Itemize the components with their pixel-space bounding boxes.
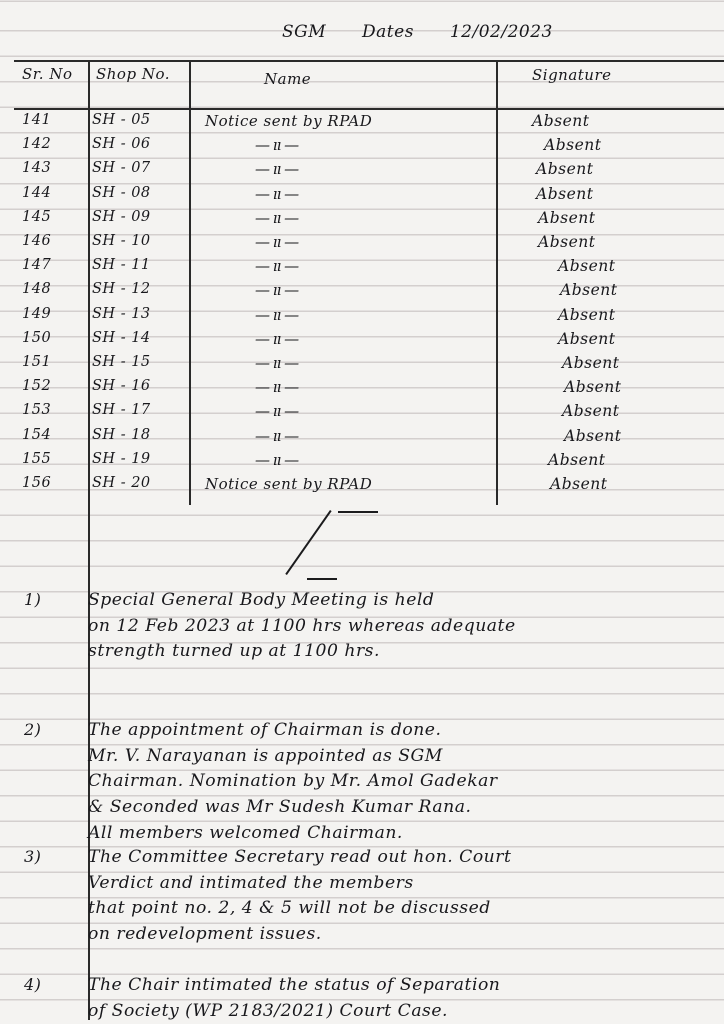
table-row: 149SH - 13— ıı —Absent bbox=[0, 306, 724, 329]
sr-no-cell: 147 bbox=[22, 257, 51, 273]
shop-no-cell: SH - 08 bbox=[92, 185, 151, 201]
shop-no-cell: SH - 14 bbox=[92, 330, 151, 346]
signature-cell: Absent bbox=[564, 427, 621, 445]
header-date: 12/02/2023 bbox=[450, 22, 553, 42]
header-title: SGM bbox=[282, 22, 326, 42]
table-row: 145SH - 09— ıı —Absent bbox=[0, 209, 724, 232]
item-line: Chairman. Nomination by Mr. Amol Gadekar bbox=[88, 769, 718, 795]
signature-cell: Absent bbox=[538, 209, 595, 227]
signature-cell: Absent bbox=[562, 354, 619, 372]
item-line: of Society (WP 2183/2021) Court Case. bbox=[88, 999, 718, 1024]
item-line: that point no. 2, 4 & 5 will not be disc… bbox=[88, 896, 718, 922]
signature-cell: Absent bbox=[558, 330, 615, 348]
column-header-name: Name bbox=[264, 70, 311, 88]
strike-mark bbox=[338, 511, 378, 513]
item-line: Special General Body Meeting is held bbox=[88, 588, 718, 614]
signature-cell: Absent bbox=[532, 112, 589, 130]
item-number: 3) bbox=[24, 847, 41, 866]
ditto-mark: — ıı — bbox=[255, 136, 298, 154]
shop-no-cell: SH - 15 bbox=[92, 354, 151, 370]
sr-no-cell: 154 bbox=[22, 427, 51, 443]
table-row: 148SH - 12— ıı —Absent bbox=[0, 281, 724, 304]
table-row: 151SH - 15— ıı —Absent bbox=[0, 354, 724, 377]
shop-no-cell: SH - 06 bbox=[92, 136, 151, 152]
item-number: 2) bbox=[24, 720, 41, 739]
shop-no-cell: SH - 17 bbox=[92, 402, 151, 418]
item-line: The Committee Secretary read out hon. Co… bbox=[88, 845, 718, 871]
sr-no-cell: 144 bbox=[22, 185, 51, 201]
sr-no-cell: 141 bbox=[22, 112, 51, 128]
ditto-mark: — ıı — bbox=[255, 306, 298, 324]
table-row: 156SH - 20Notice sent by RPADAbsent bbox=[0, 475, 724, 498]
ditto-mark: — ıı — bbox=[255, 378, 298, 396]
table-row: 141SH - 05Notice sent by RPADAbsent bbox=[0, 112, 724, 135]
ditto-mark: — ıı — bbox=[255, 257, 298, 275]
shop-no-cell: SH - 05 bbox=[92, 112, 151, 128]
signature-cell: Absent bbox=[548, 451, 605, 469]
sr-no-cell: 155 bbox=[22, 451, 51, 467]
ditto-mark: — ıı — bbox=[255, 330, 298, 348]
table-row: 152SH - 16— ıı —Absent bbox=[0, 378, 724, 401]
sr-no-cell: 145 bbox=[22, 209, 51, 225]
item-line: strength turned up at 1100 hrs. bbox=[88, 639, 718, 665]
sr-no-cell: 146 bbox=[22, 233, 51, 249]
ditto-mark: — ıı — bbox=[255, 185, 298, 203]
sr-no-cell: 142 bbox=[22, 136, 51, 152]
sr-no-cell: 152 bbox=[22, 378, 51, 394]
shop-no-cell: SH - 13 bbox=[92, 306, 151, 322]
item-line: Mr. V. Narayanan is appointed as SGM bbox=[88, 744, 718, 770]
ditto-mark: — ıı — bbox=[255, 233, 298, 251]
signature-cell: Absent bbox=[538, 233, 595, 251]
shop-no-cell: SH - 07 bbox=[92, 160, 151, 176]
ditto-mark: — ıı — bbox=[255, 402, 298, 420]
ditto-mark: — ıı — bbox=[255, 354, 298, 372]
ditto-mark: — ıı — bbox=[255, 427, 298, 445]
item-text: The appointment of Chairman is done.Mr. … bbox=[88, 718, 718, 847]
item-line: The Chair intimated the status of Separa… bbox=[88, 973, 718, 999]
table-top-rule bbox=[14, 60, 724, 62]
item-line: on 12 Feb 2023 at 1100 hrs whereas adequ… bbox=[88, 614, 718, 640]
shop-no-cell: SH - 12 bbox=[92, 281, 151, 297]
ditto-mark: — ıı — bbox=[255, 209, 298, 227]
signature-cell: Absent bbox=[550, 475, 607, 493]
shop-no-cell: SH - 10 bbox=[92, 233, 151, 249]
header-subtitle: Dates bbox=[362, 22, 414, 42]
signature-cell: Absent bbox=[564, 378, 621, 396]
table-row: 154SH - 18— ıı —Absent bbox=[0, 427, 724, 450]
table-row: 150SH - 14— ıı —Absent bbox=[0, 330, 724, 353]
strike-mark bbox=[285, 510, 331, 575]
sr-no-cell: 156 bbox=[22, 475, 51, 491]
table-row: 142SH - 06— ıı —Absent bbox=[0, 136, 724, 159]
shop-no-cell: SH - 11 bbox=[92, 257, 151, 273]
item-text: Special General Body Meeting is heldon 1… bbox=[88, 588, 718, 665]
item-line: on redevelopment issues. bbox=[88, 922, 718, 948]
table-row: 147SH - 11— ıı —Absent bbox=[0, 257, 724, 280]
ditto-mark: — ıı — bbox=[255, 160, 298, 178]
sr-no-cell: 143 bbox=[22, 160, 51, 176]
item-text: The Chair intimated the status of Separa… bbox=[88, 973, 718, 1024]
signature-cell: Absent bbox=[562, 402, 619, 420]
item-number: 4) bbox=[24, 975, 41, 994]
table-header-rule bbox=[14, 108, 724, 110]
signature-cell: Absent bbox=[544, 136, 601, 154]
signature-cell: Absent bbox=[536, 160, 593, 178]
table-row: 144SH - 08— ıı —Absent bbox=[0, 185, 724, 208]
item-line: Verdict and intimated the members bbox=[88, 871, 718, 897]
table-row: 146SH - 10— ıı —Absent bbox=[0, 233, 724, 256]
table-row: 153SH - 17— ıı —Absent bbox=[0, 402, 724, 425]
sr-no-cell: 149 bbox=[22, 306, 51, 322]
sr-no-cell: 150 bbox=[22, 330, 51, 346]
name-cell: Notice sent by RPAD bbox=[205, 112, 372, 130]
notebook-page: SGM Dates 12/02/2023 Sr. No Shop No. Nam… bbox=[0, 0, 724, 1024]
item-line: All members welcomed Chairman. bbox=[88, 821, 718, 847]
signature-cell: Absent bbox=[560, 281, 617, 299]
strike-mark bbox=[307, 578, 337, 580]
sr-no-cell: 151 bbox=[22, 354, 51, 370]
signature-cell: Absent bbox=[558, 306, 615, 324]
sr-no-cell: 153 bbox=[22, 402, 51, 418]
shop-no-cell: SH - 09 bbox=[92, 209, 151, 225]
column-header-signature: Signature bbox=[532, 66, 612, 84]
item-text: The Committee Secretary read out hon. Co… bbox=[88, 845, 718, 948]
item-number: 1) bbox=[24, 590, 41, 609]
column-header-shop-no: Shop No. bbox=[96, 64, 176, 84]
table-row: 155SH - 19— ıı —Absent bbox=[0, 451, 724, 474]
shop-no-cell: SH - 18 bbox=[92, 427, 151, 443]
page-header: SGM Dates 12/02/2023 bbox=[282, 22, 553, 42]
table-row: 143SH - 07— ıı —Absent bbox=[0, 160, 724, 183]
name-cell: Notice sent by RPAD bbox=[205, 475, 372, 493]
item-line: & Seconded was Mr Sudesh Kumar Rana. bbox=[88, 795, 718, 821]
signature-cell: Absent bbox=[536, 185, 593, 203]
shop-no-cell: SH - 20 bbox=[92, 475, 151, 491]
shop-no-cell: SH - 19 bbox=[92, 451, 151, 467]
item-line: The appointment of Chairman is done. bbox=[88, 718, 718, 744]
ditto-mark: — ıı — bbox=[255, 451, 298, 469]
shop-no-cell: SH - 16 bbox=[92, 378, 151, 394]
signature-cell: Absent bbox=[558, 257, 615, 275]
column-header-sr-no: Sr. No bbox=[22, 64, 82, 84]
sr-no-cell: 148 bbox=[22, 281, 51, 297]
ditto-mark: — ıı — bbox=[255, 281, 298, 299]
